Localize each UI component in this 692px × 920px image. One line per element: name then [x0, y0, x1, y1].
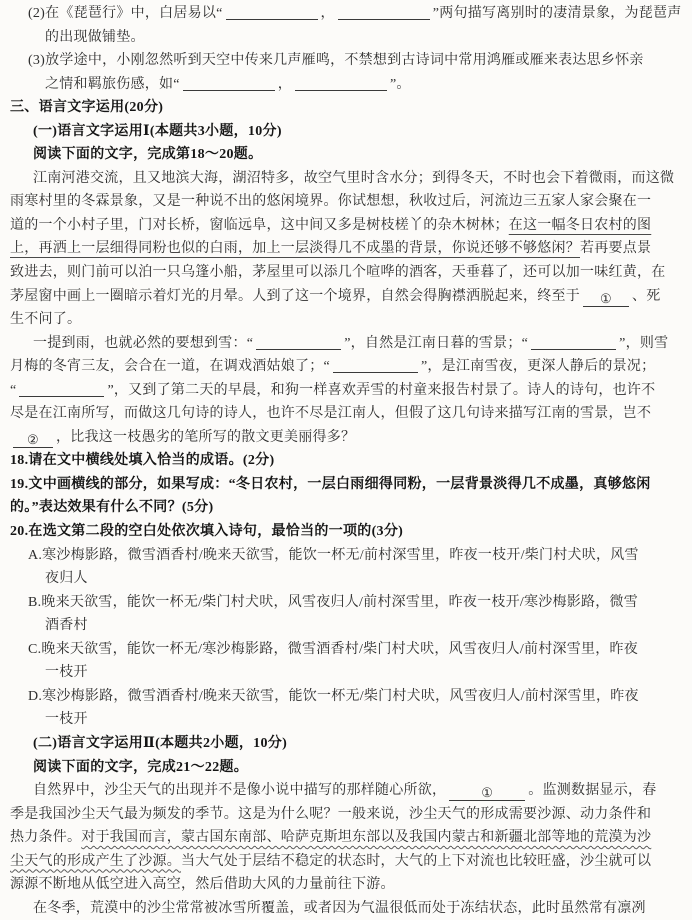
answer-blank	[295, 74, 387, 91]
passage-2-para-1-line4: 尘天气的形成产生了沙源。当大气处于层结不稳定的状态时，大气的上下对流也比较旺盛，…	[10, 850, 682, 874]
text-run: ”，自然是江南日暮的雪景；“	[344, 336, 528, 351]
subsection-2-heading: (二)语言文字运用Ⅱ(本题共2小题，10分)	[10, 732, 682, 756]
option-d-line1: D.寒沙梅影路，微雪酒香村/晚来天欲雪，能饮一杯无/柴门村犬吠，风雪夜归人/前村…	[10, 685, 682, 709]
answer-blank	[19, 380, 104, 397]
text-run: ，	[321, 6, 335, 21]
text-run: 尽是在江南所写，而做这几句诗的诗人，也许不尽是江南人，但假了这几句诗来描写江南的…	[10, 406, 651, 421]
answer-blank	[333, 356, 418, 373]
text-run: 热力条件。	[10, 830, 81, 845]
answer-blank	[531, 333, 616, 350]
passage-1-para-2-line4: 尽是在江南所写，而做这几句诗的诗人，也许不尽是江南人，但假了这几句诗来描写江南的…	[10, 402, 682, 426]
passage-2-para-1-line1: 自然界中，沙尘天气的出现并不是像小说中描写的那样随心所欲，①。监测数据显示，春	[10, 779, 682, 803]
question-19-line2: 的。”表达效果有什么不同？(5分)	[10, 496, 682, 520]
text-run: 19.文中画横线的部分，如果写成：“冬日农村，一层白雨细得同粉，一层背景淡得几不…	[10, 477, 651, 492]
subsection-1-heading: (一)语言文字运用Ⅰ(本题共3小题，10分)	[10, 120, 682, 144]
passage-1-para-1-line4: 上，再洒上一层细得同粉也似的白雨，加上一层淡得几不成墨的背景，你说还够不够悠闲？…	[10, 237, 682, 261]
text-run: (3)放学途中，小刚忽然听到天空中传来几声雁鸣，不禁想到古诗词中常用鸿雁或雁来表…	[28, 53, 644, 68]
answer-blank	[338, 3, 430, 20]
text-run: 酒香村	[45, 618, 88, 633]
emphasized-text-run: 对于我国而言，蒙古国东南部、哈萨克斯坦东部以及我国内蒙古和新疆北部等地的荒漠为沙	[81, 830, 651, 845]
dictation-item-2-line2: 的出现做铺垫。	[10, 26, 682, 50]
text-run: 20.在选文第二段的空白处依次填入诗句，最恰当的一项的(3分)	[10, 524, 403, 539]
option-a-line1: A.寒沙梅影路，微雪酒香村/晚来天欲雪，能饮一杯无/前村深雪里，昨夜一枝开/柴门…	[10, 544, 682, 568]
text-run: 在冬季，荒漠中的沙尘常常被冰雪所覆盖，或者因为气温很低而处于冻结状态，此时虽然常…	[33, 901, 646, 916]
passage-1-para-2-line1: 一提到雨，也就必然的要想到雪：“”，自然是江南日暮的雪景；“”，则雪	[10, 332, 682, 356]
dictation-item-3-line2: 之情和羁旅伤感，如“，”。	[10, 73, 682, 97]
option-a-line2: 夜归人	[10, 567, 682, 591]
option-b-line1: B.晚来天欲雪，能饮一杯无/柴门村犬吠，风雪夜归人/前村深雪里，昨夜一枝开/寒沙…	[10, 591, 682, 615]
text-run: 阅读下面的文字，完成第18～20题。	[33, 147, 262, 162]
passage-2-instruction: 阅读下面的文字，完成21～22题。	[10, 756, 682, 780]
option-c-line1: C.晚来天欲雪，能饮一杯无/寒沙梅影路，微雪酒香村/柴门村犬吠，风雪夜归人/前村…	[10, 638, 682, 662]
text-run: 一提到雨，也就必然的要想到雪：“	[33, 336, 253, 351]
text-run: ，	[278, 77, 292, 92]
text-run: 自然界中，沙尘天气的出现并不是像小说中描写的那样随心所欲，	[33, 783, 446, 798]
emphasized-text-run: 在这一幅冬日农村的图	[509, 218, 652, 233]
text-run: (二)语言文字运用Ⅱ(本题共2小题，10分)	[33, 736, 287, 751]
passage-2-para-1-line2: 季是我国沙尘天气最为频发的季节。这是为什么呢？一般来说，沙尘天气的形成需要沙源、…	[10, 803, 682, 827]
text-run: 当大气处于层结不稳定的状态时，大气的上下对流也比较旺盛，沙尘就可以	[181, 854, 651, 869]
question-20: 20.在选文第二段的空白处依次填入诗句，最恰当的一项的(3分)	[10, 520, 682, 544]
option-c-line2: 一枝开	[10, 661, 682, 685]
passage-1-para-2-line5: ②，比我这一枝愚劣的笔所写的散文更美丽得多？	[10, 426, 682, 450]
question-19-line1: 19.文中画横线的部分，如果写成：“冬日农村，一层白雨细得同粉，一层背景淡得几不…	[10, 473, 682, 497]
text-run: D.寒沙梅影路，微雪酒香村/晚来天欲雪，能饮一杯无/柴门村犬吠，风雪夜归人/前村…	[28, 689, 639, 704]
section-heading: 三、语言文字运用(20分)	[10, 96, 682, 120]
text-run: 季是我国沙尘天气最为频发的季节。这是为什么呢？一般来说，沙尘天气的形成需要沙源、…	[10, 807, 651, 822]
passage-2-para-1-line3: 热力条件。对于我国而言，蒙古国东南部、哈萨克斯坦东部以及我国内蒙古和新疆北部等地…	[10, 826, 682, 850]
passage-2-para-1-line5: 源源不断地从低空进入高空，然后借助大风的力量前往下游。	[10, 873, 682, 897]
question-18: 18.请在文中横线处填入恰当的成语。(2分)	[10, 449, 682, 473]
text-run: 致进去，则门前可以泊一只乌篷小船，茅屋里可以添几个喧哗的酒客，天垂暮了，还可以加…	[10, 265, 666, 280]
emphasized-text-run: 尘天气的形成产生了沙源。	[10, 854, 181, 869]
text-run: 若再要点景	[580, 241, 651, 256]
text-run: 阅读下面的文字，完成21～22题。	[33, 760, 248, 775]
text-run: 茅屋窗中画上一圈暗示着灯光的月晕。人到了这一个境界，自然会得胸襟洒脱起来，终至于	[10, 289, 580, 304]
text-run: ，比我这一枝愚劣的笔所写的散文更美丽得多？	[56, 430, 355, 445]
exam-page: (2)在《琵琶行》中，白居易以“，”两句描写离别时的凄清景象，为琵琶声的出现做铺…	[0, 0, 692, 920]
option-b-line2: 酒香村	[10, 614, 682, 638]
text-run: 生不问了。	[10, 312, 81, 327]
text-run: (一)语言文字运用Ⅰ(本题共3小题，10分)	[33, 124, 282, 139]
text-run: 源源不断地从低空进入高空，然后借助大风的力量前往下游。	[10, 877, 395, 892]
dictation-item-3-line1: (3)放学途中，小刚忽然听到天空中传来几声雁鸣，不禁想到古诗词中常用鸿雁或雁来表…	[10, 49, 682, 73]
passage-1-para-1-line5: 致进去，则门前可以泊一只乌篷小船，茅屋里可以添几个喧哗的酒客，天垂暮了，还可以加…	[10, 261, 682, 285]
text-run: 。监测数据显示，春	[528, 783, 656, 798]
text-run: (2)在《琵琶行》中，白居易以“	[28, 6, 223, 21]
text-run: 、死	[632, 289, 661, 304]
passage-1-para-2-line2: 月梅的冬宵三友，会合在一道，在调戏酒姑娘了；“”，是江南雪夜，更深人静后的景况；	[10, 355, 682, 379]
text-run: 一枝开	[45, 712, 88, 727]
passage-2-para-2-line1: 在冬季，荒漠中的沙尘常常被冰雪所覆盖，或者因为气温很低而处于冻结状态，此时虽然常…	[10, 897, 682, 920]
text-run: ”两句描写离别时的凄清景象，为琵琶声	[433, 6, 682, 21]
text-run: C.晚来天欲雪，能饮一杯无/寒沙梅影路，微雪酒香村/柴门村犬吠，风雪夜归人/前村…	[28, 642, 638, 657]
text-run: “	[10, 383, 16, 398]
text-run: B.晚来天欲雪，能饮一杯无/柴门村犬吠，风雪夜归人/前村深雪里，昨夜一枝开/寒沙…	[28, 595, 638, 610]
text-run: 月梅的冬宵三友，会合在一道，在调戏酒姑娘了；“	[10, 359, 330, 374]
answer-blank	[183, 74, 275, 91]
text-run: A.寒沙梅影路，微雪酒香村/晚来天欲雪，能饮一杯无/前村深雪里，昨夜一枝开/柴门…	[28, 548, 639, 563]
text-run: ”。	[390, 77, 411, 92]
text-run: 雨寒村里的冬霖景象，又是一种说不出的悠闲境界。你试想想，秋收过后，河流边三五家人…	[10, 194, 651, 209]
text-run: ”，则雪	[619, 336, 668, 351]
numbered-blank: ①	[449, 784, 525, 801]
text-run: 的出现做铺垫。	[45, 30, 145, 45]
text-run: 一枝开	[45, 665, 88, 680]
option-d-line2: 一枝开	[10, 708, 682, 732]
text-run: 江南河港交流，且又地滨大海，湖沼特多，故空气里时含水分；到得冬天，不时也会下着微…	[33, 171, 674, 186]
text-run: 三、语言文字运用(20分)	[10, 100, 163, 115]
text-run: 夜归人	[45, 571, 88, 586]
emphasized-text-run: 上，再洒上一层细得同粉也似的白雨，加上一层淡得几不成墨的背景，你说还够不够悠闲？	[10, 241, 580, 256]
passage-1-para-1-line1: 江南河港交流，且又地滨大海，湖沼特多，故空气里时含水分；到得冬天，不时也会下着微…	[10, 167, 682, 191]
passage-1-para-1-line2: 雨寒村里的冬霖景象，又是一种说不出的悠闲境界。你试想想，秋收过后，河流边三五家人…	[10, 190, 682, 214]
passage-1-instruction: 阅读下面的文字，完成第18～20题。	[10, 143, 682, 167]
answer-blank	[226, 3, 318, 20]
answer-blank	[256, 333, 341, 350]
passage-1-para-1-line3: 道的一个小村子里，门对长桥，窗临远阜，这中间又多是树枝槎丫的杂木树林；在这一幅冬…	[10, 214, 682, 238]
text-run: ”，又到了第二天的早晨，和狗一样喜欢弄雪的村童来报告村景了。诗人的诗句，也许不	[107, 383, 655, 398]
passage-1-para-1-line7: 生不问了。	[10, 308, 682, 332]
text-run: 18.请在文中横线处填入恰当的成语。(2分)	[10, 453, 274, 468]
passage-1-para-2-line3: “”，又到了第二天的早晨，和狗一样喜欢弄雪的村童来报告村景了。诗人的诗句，也许不	[10, 379, 682, 403]
numbered-blank: ②	[13, 431, 53, 448]
text-run: 之情和羁旅伤感，如“	[45, 77, 180, 92]
numbered-blank: ①	[583, 290, 629, 307]
text-run: ”，是江南雪夜，更深人静后的景况；	[421, 359, 655, 374]
text-run: 的。”表达效果有什么不同？(5分)	[10, 500, 213, 515]
dictation-item-2-line1: (2)在《琵琶行》中，白居易以“，”两句描写离别时的凄清景象，为琵琶声	[10, 2, 682, 26]
passage-1-para-1-line6: 茅屋窗中画上一圈暗示着灯光的月晕。人到了这一个境界，自然会得胸襟洒脱起来，终至于…	[10, 285, 682, 309]
text-run: 道的一个小村子里，门对长桥，窗临远阜，这中间又多是树枝槎丫的杂木树林；	[10, 218, 509, 233]
